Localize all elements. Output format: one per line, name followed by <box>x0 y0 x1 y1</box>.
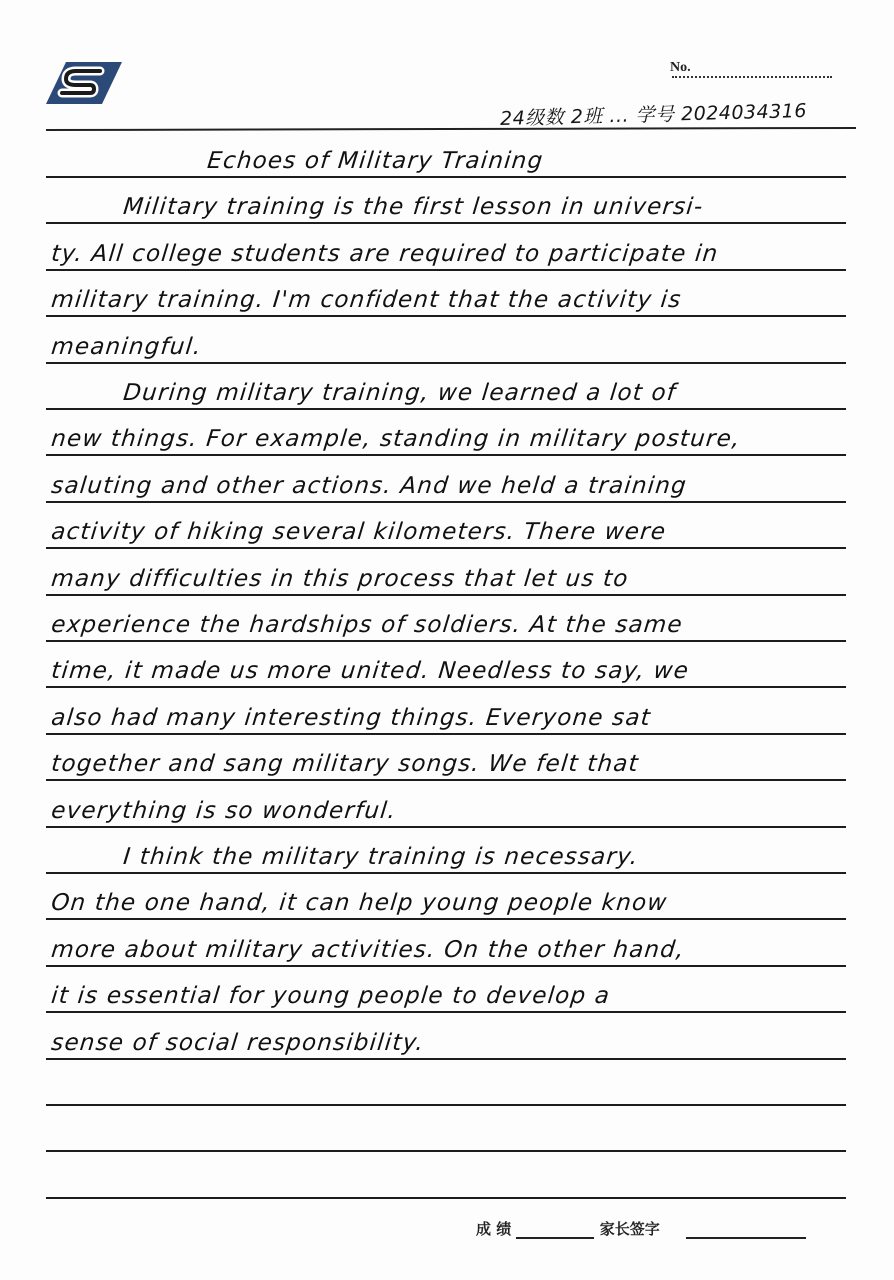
student-info: 24级数 2班 ... 学号 2024034316 <box>500 96 808 131</box>
essay-line: saluting and other actions. And we held … <box>46 455 846 503</box>
essay-line-text: I think the military training is necessa… <box>122 844 640 870</box>
number-label: No. <box>670 60 691 76</box>
parent-signature-label: 家长签字 <box>600 1220 660 1238</box>
essay-line-text: everything is so wonderful. <box>50 798 398 824</box>
essay-line-text: experience the hardships of soldiers. At… <box>50 612 684 638</box>
essay-line-text: activity of hiking several kilometers. T… <box>50 519 668 545</box>
essay-line: together and sang military songs. We fel… <box>46 733 846 781</box>
essay-line: time, it made us more united. Needless t… <box>46 640 846 688</box>
essay-line: it is essential for young people to deve… <box>46 965 846 1013</box>
score-label: 成 绩 <box>476 1220 511 1238</box>
number-field[interactable] <box>672 76 832 78</box>
essay-line: new things. For example, standing in mil… <box>46 408 846 456</box>
essay-line <box>46 1151 846 1199</box>
essay-line-text: saluting and other actions. And we held … <box>50 473 688 499</box>
essay-line-text: Military training is the first lesson in… <box>122 194 705 220</box>
essay-line-text: ty. All college students are required to… <box>50 241 720 267</box>
footer: 成 绩 家长签字 <box>476 1218 806 1239</box>
essay-line: ty. All college students are required to… <box>46 223 846 271</box>
essay-line <box>46 1104 846 1152</box>
essay-line-text: more about military activities. On the o… <box>50 937 686 963</box>
essay-title-row: Echoes of Military Training <box>46 130 846 178</box>
essay-line: also had many interesting things. Everyo… <box>46 687 846 735</box>
essay-line-text: new things. For example, standing in mil… <box>50 426 742 452</box>
essay-line: sense of social responsibility. <box>46 1012 846 1060</box>
essay-line: On the one hand, it can help young peopl… <box>46 872 846 920</box>
essay-line-text: time, it made us more united. Needless t… <box>50 658 690 684</box>
essay-line-text: During military training, we learned a l… <box>122 380 678 406</box>
essay-line-text: military training. I'm confident that th… <box>50 287 683 313</box>
essay-line-text: many difficulties in this process that l… <box>50 566 630 592</box>
essay-line: activity of hiking several kilometers. T… <box>46 501 846 549</box>
essay-line: meaningful. <box>46 316 846 364</box>
essay-line-text: sense of social responsibility. <box>50 1030 426 1056</box>
essay-line: During military training, we learned a l… <box>46 362 846 410</box>
s-logo-icon <box>46 62 122 104</box>
essay-title: Echoes of Military Training <box>206 148 545 174</box>
essay-line <box>46 1058 846 1106</box>
score-field[interactable] <box>516 1223 594 1239</box>
essay-line: I think the military training is necessa… <box>46 826 846 874</box>
essay-line-text: meaningful. <box>50 334 203 360</box>
essay-line-text: On the one hand, it can help young peopl… <box>50 890 669 916</box>
essay-line-text: together and sang military songs. We fel… <box>50 751 640 777</box>
essay-line: military training. I'm confident that th… <box>46 269 846 317</box>
parent-signature-field[interactable] <box>686 1223 806 1239</box>
essay-line: experience the hardships of soldiers. At… <box>46 594 846 642</box>
essay-line: many difficulties in this process that l… <box>46 548 846 596</box>
essay-line-text: it is essential for young people to deve… <box>50 983 612 1009</box>
essay-line: everything is so wonderful. <box>46 780 846 828</box>
essay-line-text: also had many interesting things. Everyo… <box>50 705 652 731</box>
essay-line: Military training is the first lesson in… <box>46 176 846 224</box>
essay-line: more about military activities. On the o… <box>46 919 846 967</box>
